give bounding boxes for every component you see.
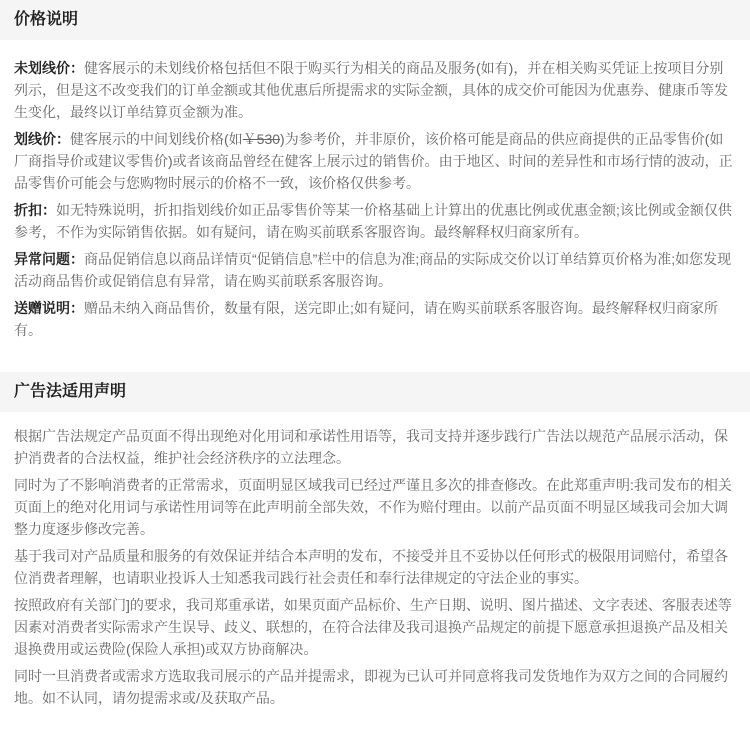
paragraph-text: 健客展示的未划线价格包括但不限于购买行为相关的商品及服务(如有)，并在相关购买凭… <box>14 60 728 120</box>
paragraph-unmarked-price: 未划线价：健客展示的未划线价格包括但不限于购买行为相关的商品及服务(如有)，并在… <box>14 57 736 123</box>
paragraph-strikethrough-price: 划线价：健客展示的中间划线价格(如￥530)为参考价，并非原价，该价格可能是商品… <box>14 128 736 194</box>
paragraph-label: 未划线价： <box>14 60 84 76</box>
paragraph-text: 基于我司对产品质量和服务的有效保证并结合本声明的发布，不接受并且不妥协以任何形式… <box>14 548 728 586</box>
ad-law-statement-body: 根据广告法规定产品页面不得出现绝对化用词和承诺性用语等，我司支持并逐步践行广告法… <box>0 412 750 752</box>
paragraph-label: 异常问题： <box>14 251 84 267</box>
paragraph-contract-place: 同时一旦消费者或需求方选取我司展示的产品并提需求，即视为已认可并同意将我司发货地… <box>14 665 736 709</box>
paragraph-government-commitment: 按照政府有关部门]的要求，我司郑重承诺，如果页面产品标价、生产日期、说明、图片描… <box>14 594 736 660</box>
section-ad-law-statement: 广告法适用声明 根据广告法规定产品页面不得出现绝对化用词和承诺性用语等，我司支持… <box>0 372 750 752</box>
strikethrough-price-example: ￥530 <box>243 131 280 147</box>
paragraph-text: 健客展示的中间划线价格(如 <box>70 131 243 147</box>
paragraph-label: 划线价： <box>14 131 70 147</box>
paragraph-page-review: 同时为了不影响消费者的正常需求，页面明显区域我司已经过严谨且多次的排查修改。在此… <box>14 474 736 540</box>
paragraph-text: 商品促销信息以商品详情页“促销信息”栏中的信息为准;商品的实际成交价以订单结算页… <box>14 251 731 289</box>
price-explanation-header: 价格说明 <box>0 0 750 40</box>
paragraph-abnormal-issues: 异常问题：商品促销信息以商品详情页“促销信息”栏中的信息为准;商品的实际成交价以… <box>14 248 736 292</box>
paragraph-gift-notes: 送赠说明：赠品未纳入商品售价，数量有限，送完即止;如有疑问，请在购买前联系客服咨… <box>14 297 736 341</box>
paragraph-label: 折扣： <box>14 202 56 218</box>
paragraph-text: 同时为了不影响消费者的正常需求，页面明显区域我司已经过严谨且多次的排查修改。在此… <box>14 477 732 537</box>
section-price-explanation: 价格说明 未划线价：健客展示的未划线价格包括但不限于购买行为相关的商品及服务(如… <box>0 0 750 372</box>
price-explanation-body: 未划线价：健客展示的未划线价格包括但不限于购买行为相关的商品及服务(如有)，并在… <box>0 40 750 372</box>
ad-law-statement-header: 广告法适用声明 <box>0 372 750 412</box>
paragraph-text: 如无特殊说明，折扣指划线价如正品零售价等某一价格基础上计算出的优惠比例或优惠金额… <box>14 202 732 240</box>
paragraph-discount: 折扣：如无特殊说明，折扣指划线价如正品零售价等某一价格基础上计算出的优惠比例或优… <box>14 199 736 243</box>
paragraph-no-compensation: 基于我司对产品质量和服务的有效保证并结合本声明的发布，不接受并且不妥协以任何形式… <box>14 545 736 589</box>
paragraph-text: 赠品未纳入商品售价，数量有限，送完即止;如有疑问，请在购买前联系客服咨询。最终解… <box>14 300 718 338</box>
paragraph-ad-law-basis: 根据广告法规定产品页面不得出现绝对化用词和承诺性用语等，我司支持并逐步践行广告法… <box>14 425 736 469</box>
paragraph-text: 同时一旦消费者或需求方选取我司展示的产品并提需求，即视为已认可并同意将我司发货地… <box>14 668 728 706</box>
paragraph-label: 送赠说明： <box>14 300 84 316</box>
paragraph-text: 根据广告法规定产品页面不得出现绝对化用词和承诺性用语等，我司支持并逐步践行广告法… <box>14 428 728 466</box>
paragraph-text: 按照政府有关部门]的要求，我司郑重承诺，如果页面产品标价、生产日期、说明、图片描… <box>14 597 732 657</box>
page: 价格说明 未划线价：健客展示的未划线价格包括但不限于购买行为相关的商品及服务(如… <box>0 0 750 752</box>
